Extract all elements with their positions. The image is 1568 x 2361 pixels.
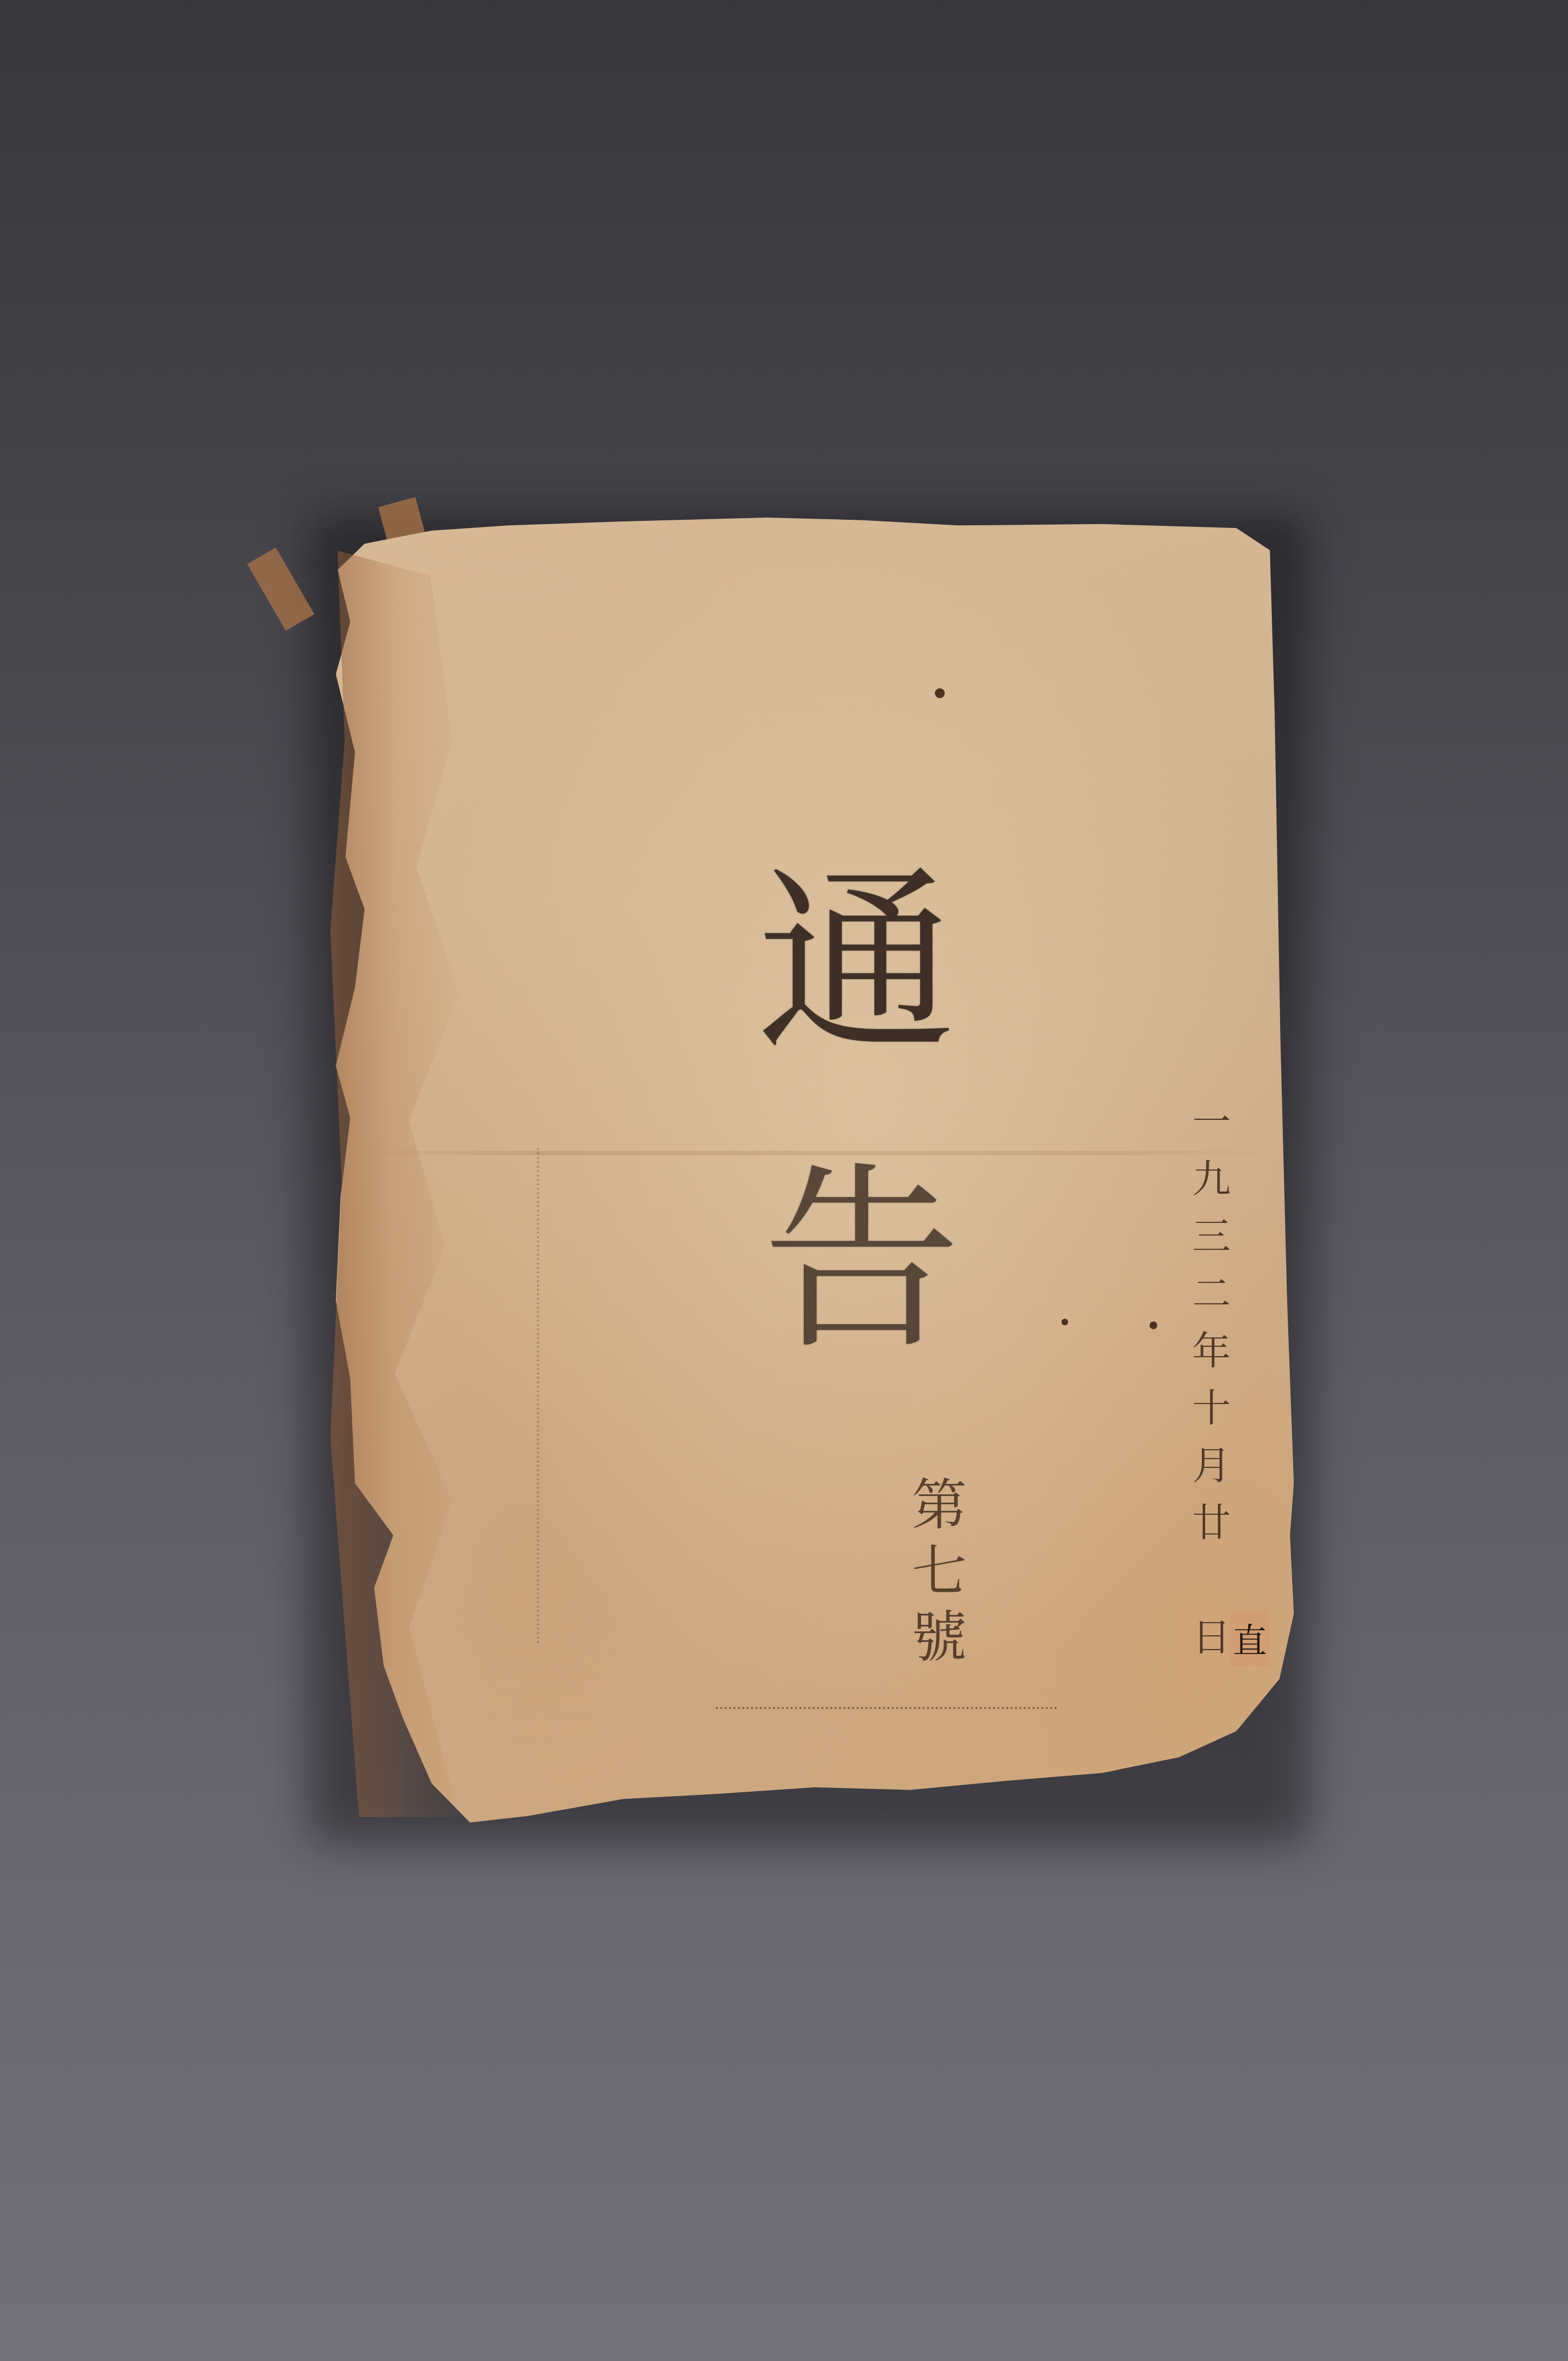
title-char-gao: 告 <box>763 1162 961 1360</box>
title-char-tong: 通 <box>757 864 955 1063</box>
ink-dot <box>1061 1319 1068 1325</box>
torn-paper-flap <box>247 547 314 630</box>
ink-dot <box>1150 1321 1157 1329</box>
ruled-dotted-line <box>537 1148 539 1644</box>
date-column: 一九三二年十月廿 日 <box>1181 1101 1237 1674</box>
folded-tab-char: 直 <box>1231 1611 1269 1666</box>
ink-dot <box>935 688 945 698</box>
ruled-dotted-line <box>716 1707 1057 1709</box>
serial-number: 第七號 <box>895 1476 974 1674</box>
